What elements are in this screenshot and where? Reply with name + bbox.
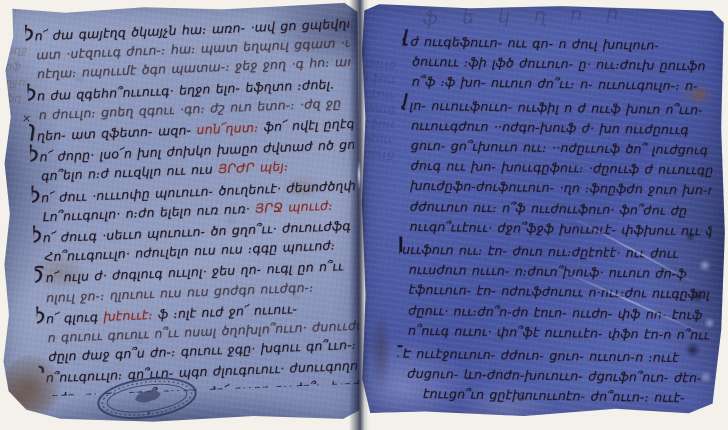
margin-cross-mark: ×: [22, 112, 32, 126]
ghost-offset-script-left: ֆղջոֆղջոֆղ: [5, 43, 27, 107]
manuscript-right-page: ժոււցէֆոււղէոււժոււցէֆոււղէոււժոււցէ ֆ ե…: [359, 0, 726, 422]
gutter-highlight: [357, 160, 361, 190]
binding-gutter-shadow: [349, 0, 369, 430]
right-text-block: Վժ ոււգեֆոււո֊ ոււ գո֊ ո ժուլ խուլուո֊ ծ…: [397, 29, 715, 406]
folio-number: 5: [517, 390, 526, 405]
rubric-text: ՅՐՋ պոււժ։: [255, 197, 333, 215]
left-text-block: ֆո՜ ժա գայէղզ ծկայչն հա։ առո֊ ·ավ ցո ցպե…: [25, 12, 361, 397]
rubric-text: խէոււէ։: [103, 307, 158, 324]
margin-bar-mark: Ⅰ: [398, 232, 404, 257]
ghost-erased-header: ֆ ե կ ղ ո ր: [422, 2, 627, 30]
text-line: էոււցո՞ւո ցըէխուոււոէո֊ ժո՞ոււո֊։ ոււէ֊: [397, 384, 709, 405]
rubric-text: ՅՐԺՐ պեյ։: [218, 159, 289, 177]
manuscript-photo: ֆղջոֆղջոֆղ ֆո՜ ժա գայէղզ ծկայչն հա։ առո֊…: [0, 0, 728, 430]
manuscript-left-page: ֆղջոֆղջոֆղ ֆո՜ ժա գայէղզ ծկայչն հա։ առո֊…: [1, 1, 361, 425]
rubric-text: սոն՜ղստ։: [196, 119, 264, 137]
